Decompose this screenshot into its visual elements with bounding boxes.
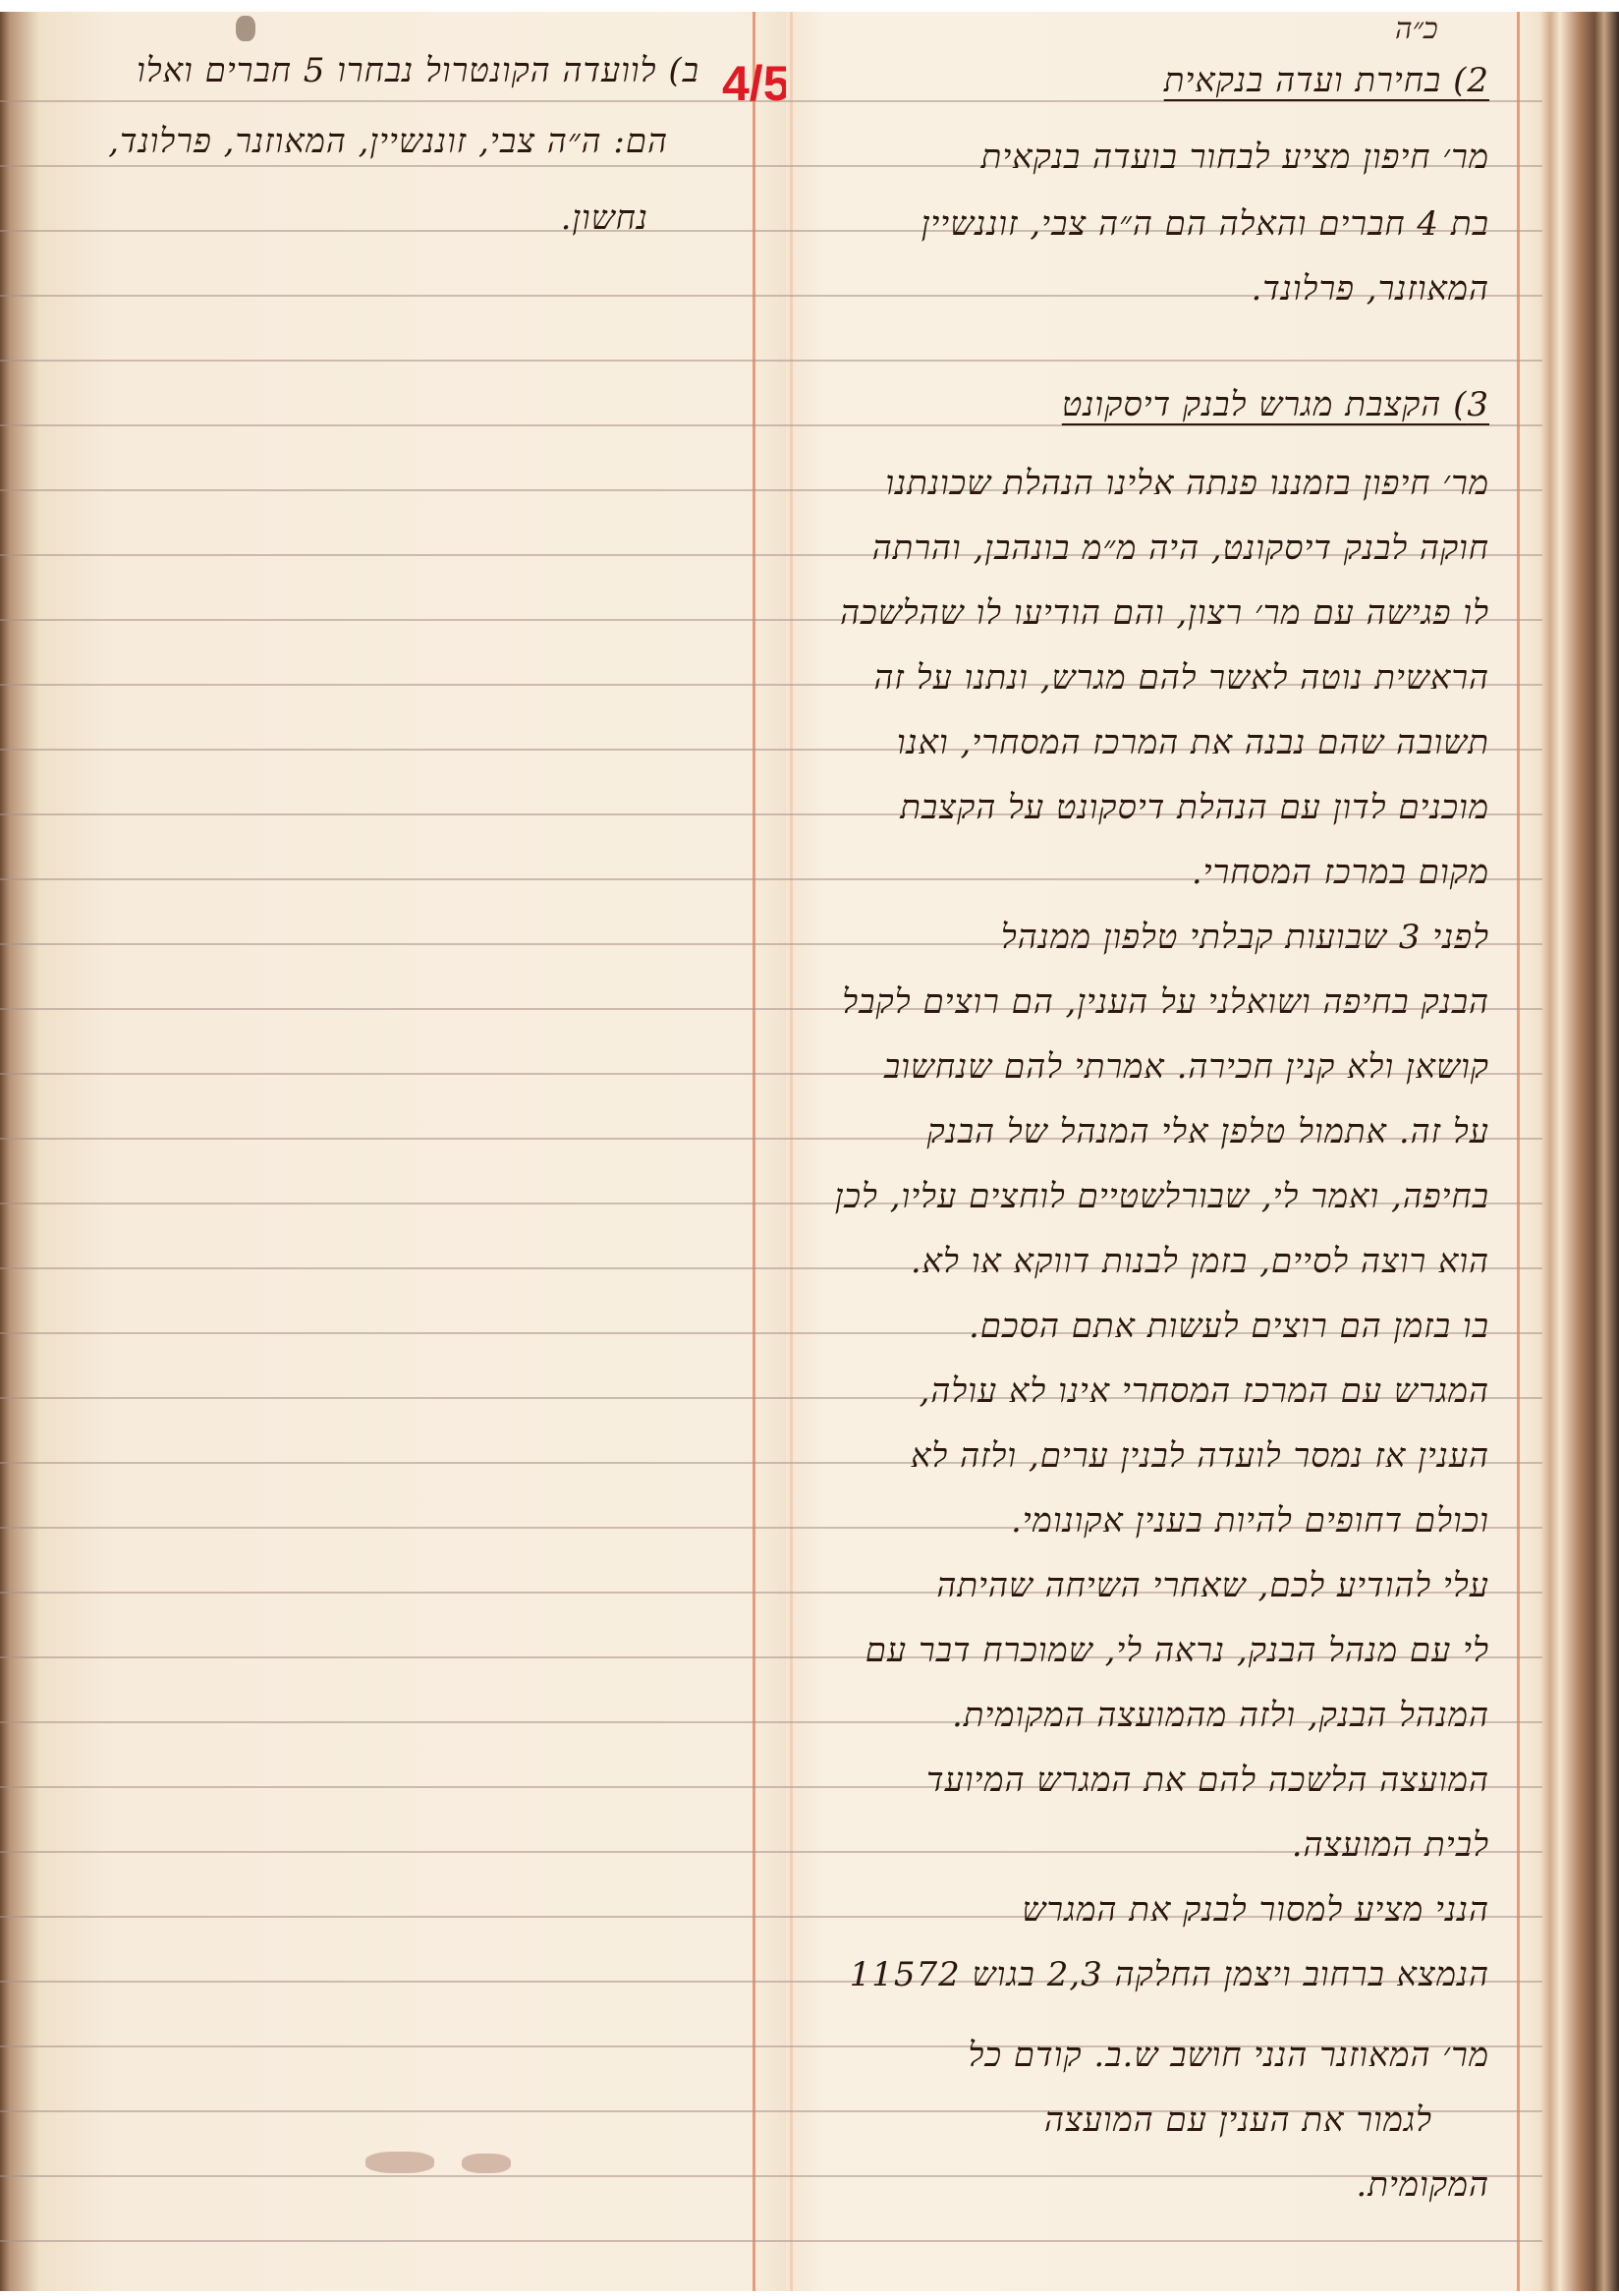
ruled-line bbox=[0, 1267, 786, 1269]
section-3-line: המנהל הבנק, ולזה מהמועצה המקומית. bbox=[952, 1696, 1489, 1735]
book-binding-edge bbox=[1540, 12, 1619, 2291]
section-3-line: בחיפה, ואמר לי, שבורלשטיים לוחצים עליו, … bbox=[835, 1177, 1489, 1216]
section-3-line: לי עם מנהל הבנק, נראה לי, שמוכרח דבר עם bbox=[865, 1631, 1489, 1670]
section-final-line: המקומית. bbox=[1356, 2165, 1489, 2205]
ruled-line bbox=[0, 619, 786, 621]
left-line-1: ב) לוועדה הקונטרול נבחרו 5 חברים ואלו bbox=[137, 51, 699, 90]
ruled-line bbox=[0, 2110, 786, 2112]
section-final-line: לגמור את הענין עם המועצה bbox=[1044, 2100, 1432, 2140]
ruled-line bbox=[0, 1462, 786, 1464]
ruled-line bbox=[0, 100, 786, 102]
ruled-line bbox=[786, 100, 1542, 102]
ruled-line bbox=[0, 1916, 786, 1918]
section-3-line: מוכנים לדון עם הנהלת דיסקונט על הקצבת bbox=[900, 788, 1489, 827]
ruled-line bbox=[786, 2240, 1542, 2242]
right-page-margin-line bbox=[1517, 12, 1520, 2291]
section-3-line: קושאן ולא קנין חכירה. אמרתי להם שנחשוב bbox=[884, 1047, 1489, 1087]
ruled-line bbox=[0, 2240, 786, 2242]
ruled-line bbox=[0, 684, 786, 686]
left-line-3: נחשון. bbox=[561, 198, 648, 238]
ruled-line bbox=[0, 230, 786, 232]
ink-smudge bbox=[462, 2154, 511, 2173]
ruled-line bbox=[0, 489, 786, 491]
left-page: 4/5 ב) לוועדה הקונטרול נבחרו 5 חברים ואל… bbox=[0, 12, 786, 2291]
ruled-line bbox=[0, 165, 786, 167]
ink-smudge bbox=[365, 2152, 434, 2173]
section-3-heading: 3) הקצבת מגרש לבנק דיסקונט bbox=[1062, 385, 1489, 424]
section-3-line: וכולם דחופים להיות בענין אקונומי. bbox=[1011, 1501, 1489, 1540]
ruled-line bbox=[0, 1656, 786, 1658]
section-3-line: לו פגישה עם מר׳ רצון, והם הודיעו לו שהלש… bbox=[840, 593, 1489, 633]
ruled-line bbox=[0, 1527, 786, 1529]
ruled-line bbox=[0, 1592, 786, 1594]
notebook-spread: 4/5 ב) לוועדה הקונטרול נבחרו 5 חברים ואל… bbox=[0, 12, 1619, 2291]
ruled-line bbox=[0, 1851, 786, 1853]
section-3-line: הנני מציע למסור לבנק את המגרש bbox=[1022, 1890, 1489, 1930]
ruled-line bbox=[786, 360, 1542, 362]
section-3-line: המגרש עם המרכז המסחרי אינו לא עולה, bbox=[920, 1372, 1489, 1411]
left-line-2: הם: ה״ה צבי, זוננשיין, המאוזנר, פרלונד, bbox=[108, 122, 668, 161]
section-3-line: חוקה לבנק דיסקונט, היה מ״מ בונהבן, והרתה bbox=[872, 529, 1489, 568]
section-3-line: מר׳ חיפון בזמננו פנתה אלינו הנהלת שכונתנ… bbox=[885, 464, 1489, 503]
ruled-line bbox=[0, 554, 786, 556]
ruled-line bbox=[0, 295, 786, 297]
section-3-line: הנמצא ברחוב ויצמן החלקה 2,3 בגוש 11572 bbox=[850, 1955, 1489, 1994]
ruled-line bbox=[0, 1981, 786, 1983]
section-3-line: תשובה שהם נבנה את המרכז המסחרי, ואנו bbox=[897, 723, 1489, 762]
section-3-line: לפני 3 שבועות קבלתי טלפון ממנהל bbox=[1001, 918, 1489, 957]
ruled-line bbox=[0, 1786, 786, 1788]
section-3-line: הוא רוצה לסיים, בזמן לבנות דווקא או לא. bbox=[911, 1242, 1489, 1281]
section-3-line: הראשית נוטה לאשר להם מגרש, ונתנו על זה bbox=[874, 658, 1490, 698]
section-3-line: לבית המועצה. bbox=[1292, 1825, 1489, 1865]
ruled-line bbox=[0, 1008, 786, 1010]
ruled-line bbox=[0, 1203, 786, 1204]
section-final-line: מר׳ המאוזנר הנני חושב ש.ב. קודם כל bbox=[969, 2036, 1489, 2075]
section-3-line: הבנק בחיפה ושואלני על הענין, הם רוצים לק… bbox=[842, 982, 1489, 1022]
ruled-line bbox=[0, 878, 786, 880]
ruled-line bbox=[0, 1138, 786, 1140]
top-corner-note: כ״ה bbox=[1395, 12, 1438, 46]
left-page-margin-line bbox=[753, 12, 755, 2291]
ruled-line bbox=[0, 2045, 786, 2047]
section-3-line: על זה. אתמול טלפן אלי המנהל של הבנק bbox=[926, 1112, 1489, 1151]
section-3-line: עלי להודיע לכם, שאחרי השיחה שהיתה bbox=[936, 1566, 1489, 1605]
ruled-line bbox=[0, 2175, 786, 2177]
section-3-line: המועצה הלשכה להם את המגרש המיועד bbox=[926, 1761, 1489, 1800]
right-page: כ״ה 2) בחירת ועדה בנקאית מר׳ חיפון מציע … bbox=[786, 12, 1619, 2291]
page-number-badge: 4/5 bbox=[722, 55, 791, 112]
ruled-line bbox=[0, 424, 786, 426]
section-3-line: בו בזמן הם רוצים לעשות אתם הסכם. bbox=[969, 1307, 1489, 1346]
section-3-line: הענין אז נמסר לועדה לבנין ערים, ולזה לא bbox=[911, 1436, 1489, 1476]
ruled-line bbox=[0, 360, 786, 362]
ruled-line bbox=[0, 813, 786, 815]
ruled-line bbox=[0, 1397, 786, 1399]
section-2-line-3: המאוזנר, פרלונד. bbox=[1251, 269, 1489, 308]
section-2-line-1: מר׳ חיפון מציע לבחור בועדה בנקאית bbox=[981, 138, 1489, 177]
paper-mark bbox=[236, 16, 255, 41]
section-2-heading: 2) בחירת ועדה בנקאית bbox=[1164, 61, 1489, 100]
ruled-line bbox=[0, 1721, 786, 1723]
ruled-line bbox=[786, 424, 1542, 426]
gutter-line bbox=[790, 12, 793, 2291]
ruled-line bbox=[0, 943, 786, 945]
ruled-line bbox=[0, 1073, 786, 1075]
section-3-line: מקום במרכז המסחרי. bbox=[1192, 853, 1489, 892]
ruled-line bbox=[0, 749, 786, 751]
section-2-line-2: בת 4 חברים והאלה הם ה״ה צבי, זוננשיין bbox=[921, 204, 1489, 244]
ruled-line bbox=[0, 1332, 786, 1334]
